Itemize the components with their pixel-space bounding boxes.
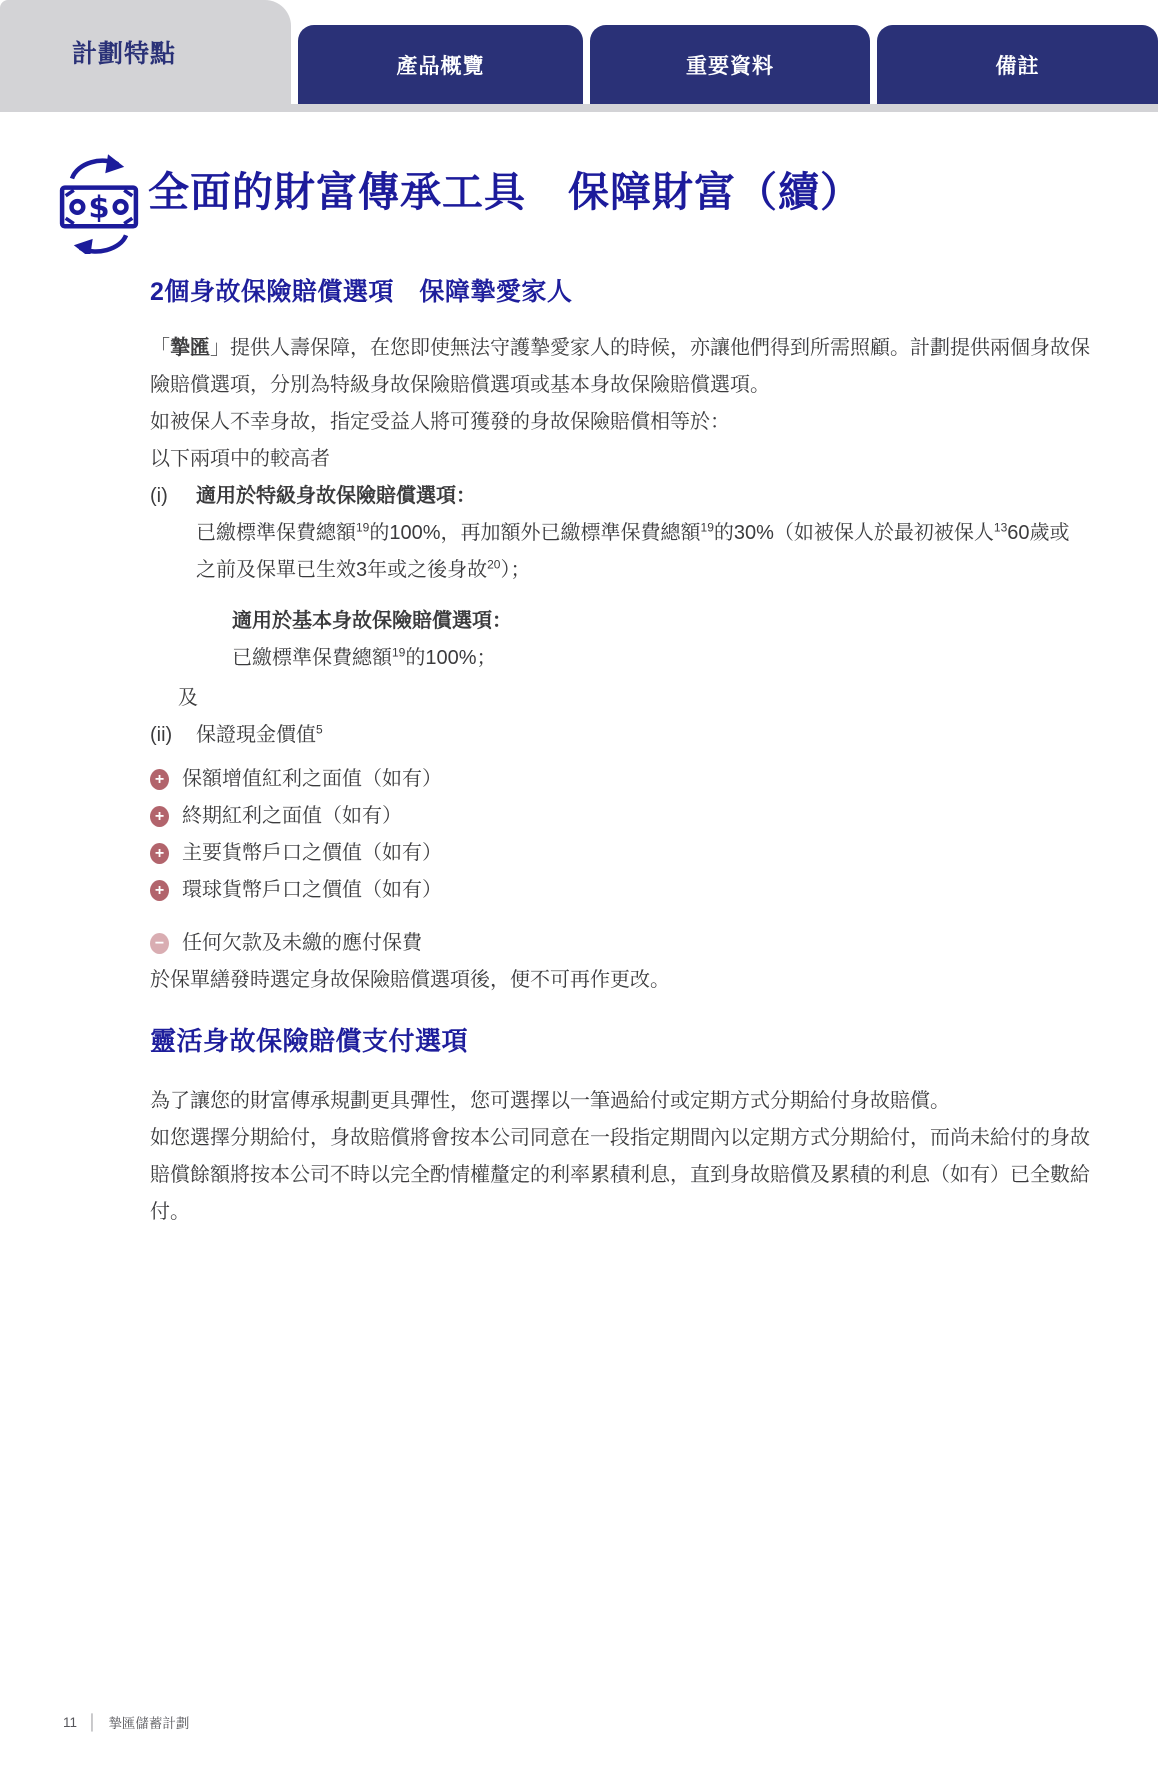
flexible-paragraph-2: 如您選擇分期給付，身故賠償將會按本公司同意在一段指定期間內以定期方式分期給付，而… (150, 1120, 1108, 1231)
option-i-body: 已繳標準保費總額19的100%，再加額外已繳標準保費總額19的30%（如被保人於… (196, 515, 1072, 589)
list-item: + 終期紅利之面值（如有） (150, 798, 1108, 835)
list-item-label: 環球貨幣戶口之價值（如有） (182, 872, 442, 909)
plus-icon: + (150, 880, 169, 901)
page-number: 11 (63, 1715, 77, 1730)
footer-doc-title: 摯匯儲蓄計劃 (108, 1712, 189, 1732)
plus-icon: + (150, 843, 169, 864)
tab-important-info-label: 重要資料 (686, 50, 774, 80)
benefit-adjustment-list: + 保額增值紅利之面值（如有） + 終期紅利之面值（如有） + 主要貨幣戶口之價… (150, 761, 1108, 962)
intro-paragraph: 「摯匯」提供人壽保障，在您即使無法守護摯愛家人的時候，亦讓他們得到所需照顧。計劃… (150, 330, 1108, 404)
option-ii-index: (ii) (150, 717, 196, 754)
section-heading-flexible-payment: 靈活身故保險賠償支付選項 (150, 1025, 1108, 1057)
option-i-heading: 適用於特級身故保險賠償選項： (196, 478, 1108, 515)
tab-important-info[interactable]: 重要資料 (590, 25, 870, 104)
list-item-label: 主要貨幣戶口之價值（如有） (182, 835, 442, 872)
footer-divider: │ (88, 1714, 97, 1731)
list-item-label: 終期紅利之面值（如有） (182, 798, 402, 835)
option-i-index: (i) (150, 478, 196, 515)
benefit-equals-line: 如被保人不幸身故，指定受益人將可獲發的身故保險賠償相等於： (150, 404, 1108, 441)
option-basic-body: 已繳標準保費總額19的100%； (232, 640, 1108, 677)
svg-text:$: $ (88, 190, 109, 225)
option-basic-block: 適用於基本身故保險賠償選項： 已繳標準保費總額19的100%； (150, 603, 1108, 677)
tab-plan-features-label: 計劃特點 (72, 34, 176, 70)
page-title: 全面的財富傳承工具 保障財富（續） (148, 166, 1128, 218)
plus-icon: + (150, 806, 169, 827)
money-circulation-icon: $ (54, 150, 144, 254)
tab-product-overview-label: 產品概覽 (397, 50, 485, 80)
no-change-note: 於保單繕發時選定身故保險賠償選項後，便不可再作更改。 (150, 962, 1108, 999)
tab-remarks[interactable]: 備註 (877, 25, 1158, 104)
page-footer: 11 │ 摯匯儲蓄計劃 (63, 1712, 189, 1732)
tab-product-overview[interactable]: 產品概覽 (298, 25, 583, 104)
tab-remarks-label: 備註 (996, 50, 1040, 80)
flexible-paragraph-1: 為了讓您的財富傳承規劃更具彈性，您可選擇以一筆過給付或定期方式分期給付身故賠償。 (150, 1083, 1108, 1120)
minus-icon: − (150, 933, 169, 954)
option-ii-body: 保證現金價值5 (196, 717, 1108, 754)
page-content: 2個身故保險賠償選項 保障摯愛家人 「摯匯」提供人壽保障，在您即使無法守護摯愛家… (150, 276, 1108, 1231)
list-item-label: 任何欠款及未繳的應付保費 (182, 925, 422, 962)
tab-plan-features[interactable]: 計劃特點 (0, 0, 291, 104)
higher-of-line: 以下兩項中的較高者 (150, 441, 1108, 478)
option-basic-heading: 適用於基本身故保險賠償選項： (232, 603, 1108, 640)
list-item: + 保額增值紅利之面值（如有） (150, 761, 1108, 798)
list-item: − 任何欠款及未繳的應付保費 (150, 925, 1108, 962)
list-item: + 環球貨幣戶口之價值（如有） (150, 872, 1108, 909)
option-i-block: (i) 適用於特級身故保險賠償選項： 已繳標準保費總額19的100%，再加額外已… (150, 478, 1108, 589)
tab-bar: 計劃特點 產品概覽 重要資料 備註 (0, 0, 1158, 112)
tab-bar-bottom-strip (0, 104, 1158, 112)
option-ii-block: (ii) 保證現金價值5 (150, 717, 1108, 754)
list-item-label: 保額增值紅利之面值（如有） (182, 761, 442, 798)
and-word: 及 (150, 680, 1108, 717)
plus-icon: + (150, 769, 169, 790)
list-item: + 主要貨幣戶口之價值（如有） (150, 835, 1108, 872)
section-heading-death-benefit: 2個身故保險賠償選項 保障摯愛家人 (150, 276, 1108, 308)
